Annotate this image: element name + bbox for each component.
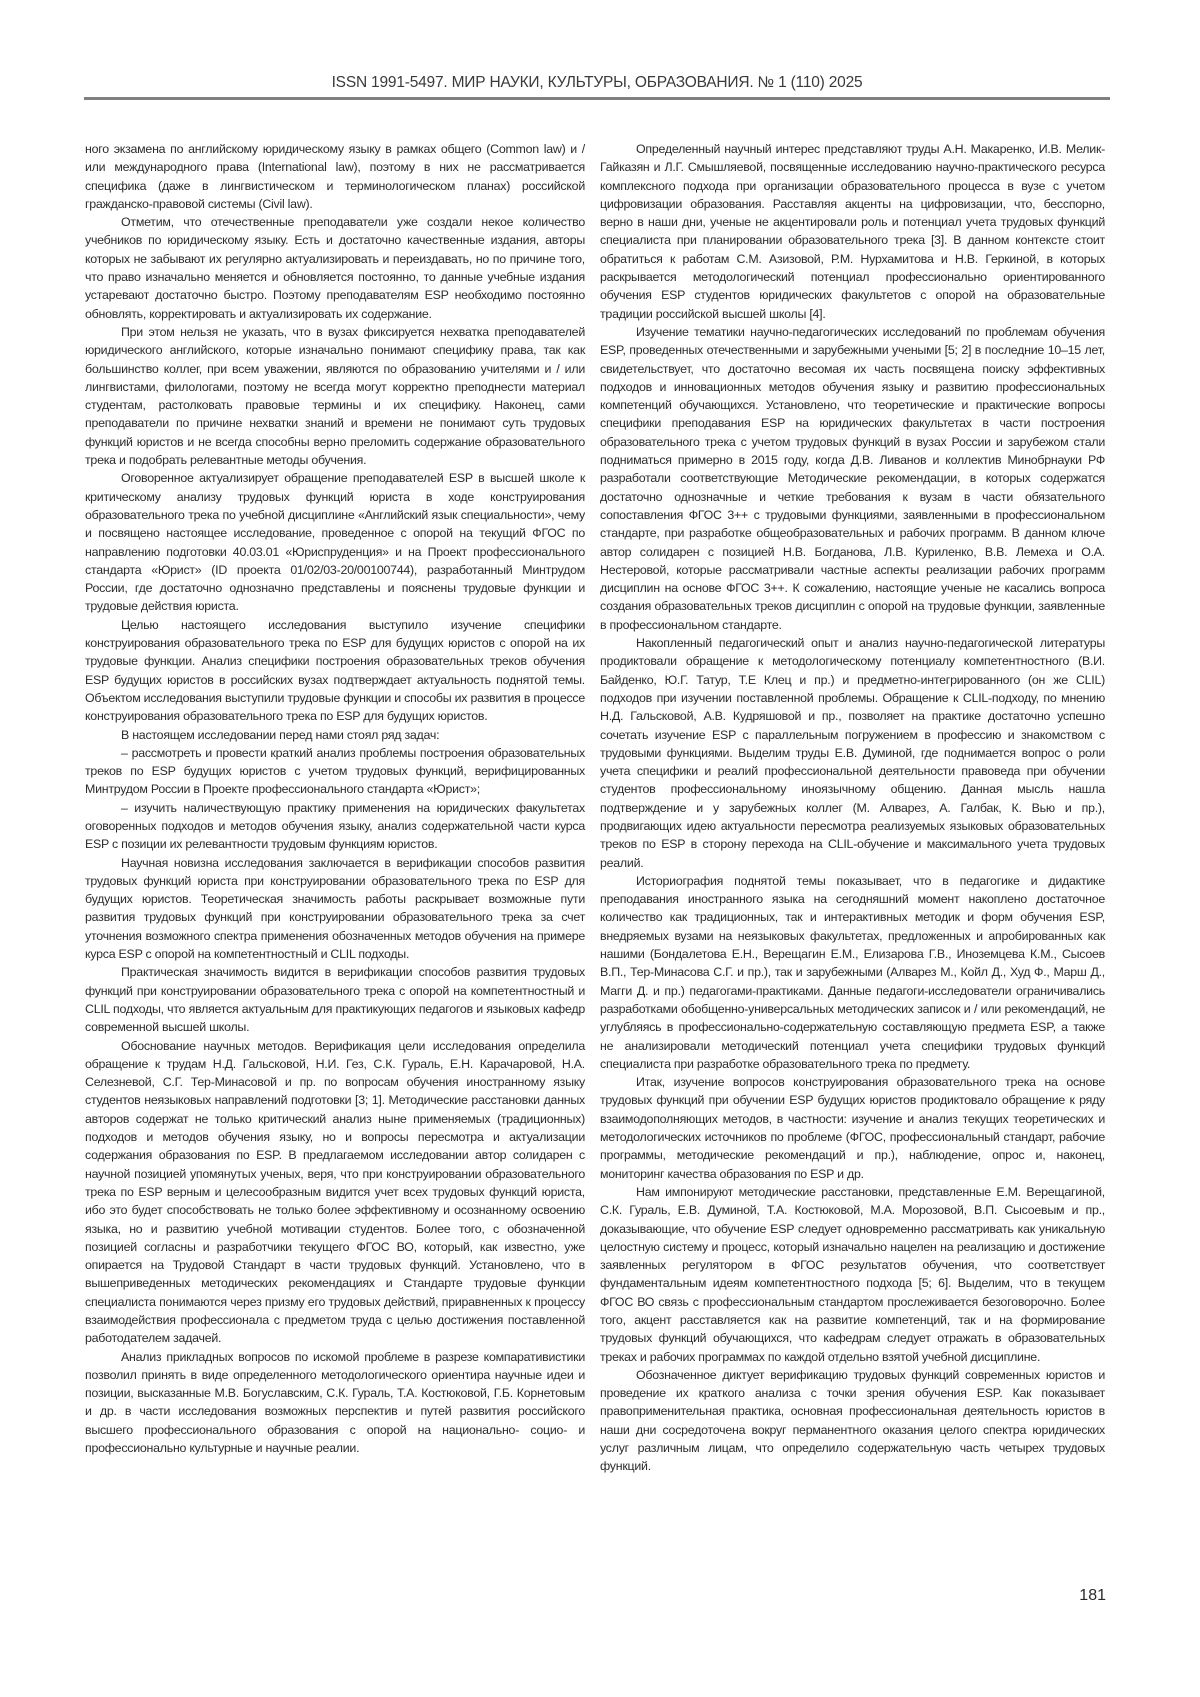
- list-item: – изучить наличествующую практику примен…: [85, 799, 585, 854]
- paragraph: Обозначенное диктует верификацию трудовы…: [600, 1366, 1105, 1476]
- paragraph: ного экзамена по английскому юридическом…: [85, 140, 585, 213]
- paragraph: Оговоренное актуализирует обращение преп…: [85, 469, 585, 615]
- right-column: Определенный научный интерес представляю…: [600, 140, 1105, 1476]
- running-header: ISSN 1991-5497. МИР НАУКИ, КУЛЬТУРЫ, ОБР…: [84, 74, 1110, 92]
- paragraph: Целью настоящего исследования выступило …: [85, 616, 585, 726]
- paragraph: Итак, изучение вопросов конструирования …: [600, 1073, 1105, 1183]
- paragraph: Накопленный педагогический опыт и анализ…: [600, 634, 1105, 872]
- journal-page: ISSN 1991-5497. МИР НАУКИ, КУЛЬТУРЫ, ОБР…: [0, 0, 1200, 1697]
- paragraph: Научная новизна исследования заключается…: [85, 854, 585, 964]
- list-item: – рассмотреть и провести краткий анализ …: [85, 744, 585, 799]
- header-rule: [84, 97, 1110, 100]
- paragraph: Анализ прикладных вопросов по искомой пр…: [85, 1348, 585, 1458]
- page-number: 181: [1060, 1587, 1106, 1605]
- paragraph: Практическая значимость видится в верифи…: [85, 963, 585, 1036]
- paragraph: Изучение тематики научно-педагогических …: [600, 323, 1105, 634]
- paragraph: Нам импонируют методические расстановки,…: [600, 1183, 1105, 1366]
- paragraph: Обоснование научных методов. Верификация…: [85, 1037, 585, 1348]
- paragraph: В настоящем исследовании перед нами стоя…: [85, 726, 585, 744]
- paragraph: Историография поднятой темы показывает, …: [600, 872, 1105, 1073]
- paragraph: Отметим, что отечественные преподаватели…: [85, 213, 585, 323]
- paragraph: При этом нельзя не указать, что в вузах …: [85, 323, 585, 469]
- left-column: ного экзамена по английскому юридическом…: [85, 140, 585, 1457]
- paragraph: Определенный научный интерес представляю…: [600, 140, 1105, 323]
